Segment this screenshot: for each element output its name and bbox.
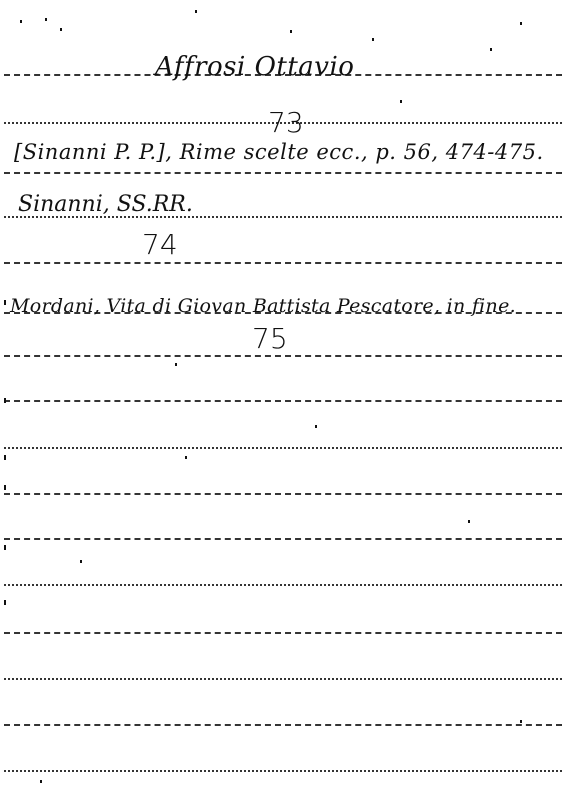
ruled-line	[4, 447, 562, 449]
scan-speck	[185, 456, 187, 459]
scan-speck	[40, 780, 42, 783]
scan-speck	[520, 22, 522, 25]
margin-mark	[4, 398, 6, 403]
card-heading: Affrosi Ottavio	[155, 52, 354, 82]
ruled-line	[4, 493, 562, 495]
ruled-line	[4, 678, 562, 680]
scan-speck	[490, 48, 492, 51]
entry-text: Sinanni, SS.RR.	[18, 192, 193, 217]
scan-speck	[400, 100, 402, 103]
entry-text: [Sinanni P. P.], Rime scelte ecc., p. 56…	[14, 140, 544, 164]
scan-speck	[80, 560, 82, 563]
scan-speck	[372, 38, 374, 41]
entry-number: 75	[252, 322, 288, 355]
ruled-line	[4, 538, 562, 540]
margin-mark	[4, 300, 6, 305]
scan-speck	[468, 520, 470, 523]
scan-speck	[195, 10, 197, 13]
scan-speck	[315, 425, 317, 428]
ruled-line	[4, 584, 562, 586]
ruled-line	[4, 770, 562, 772]
margin-mark	[4, 545, 6, 550]
scan-speck	[290, 30, 292, 33]
ruled-line	[4, 355, 562, 357]
margin-mark	[4, 455, 6, 460]
catalog-card: Affrosi Ottavio 73 [Sinanni P. P.], Rime…	[0, 0, 566, 800]
ruled-line	[4, 262, 562, 264]
margin-mark	[4, 485, 6, 490]
ruled-line	[4, 172, 562, 174]
entry-text: Mordani, Vita di Giovan Battista Pescato…	[10, 295, 516, 317]
entry-number: 73	[268, 106, 304, 139]
ruled-line	[4, 400, 562, 402]
margin-mark	[4, 600, 6, 605]
scan-speck	[20, 20, 22, 23]
scan-speck	[520, 720, 522, 723]
scan-speck	[45, 18, 47, 21]
scan-speck	[60, 28, 62, 31]
entry-number: 74	[142, 228, 178, 261]
ruled-line	[4, 724, 562, 726]
ruled-line	[4, 632, 562, 634]
scan-speck	[175, 363, 177, 366]
